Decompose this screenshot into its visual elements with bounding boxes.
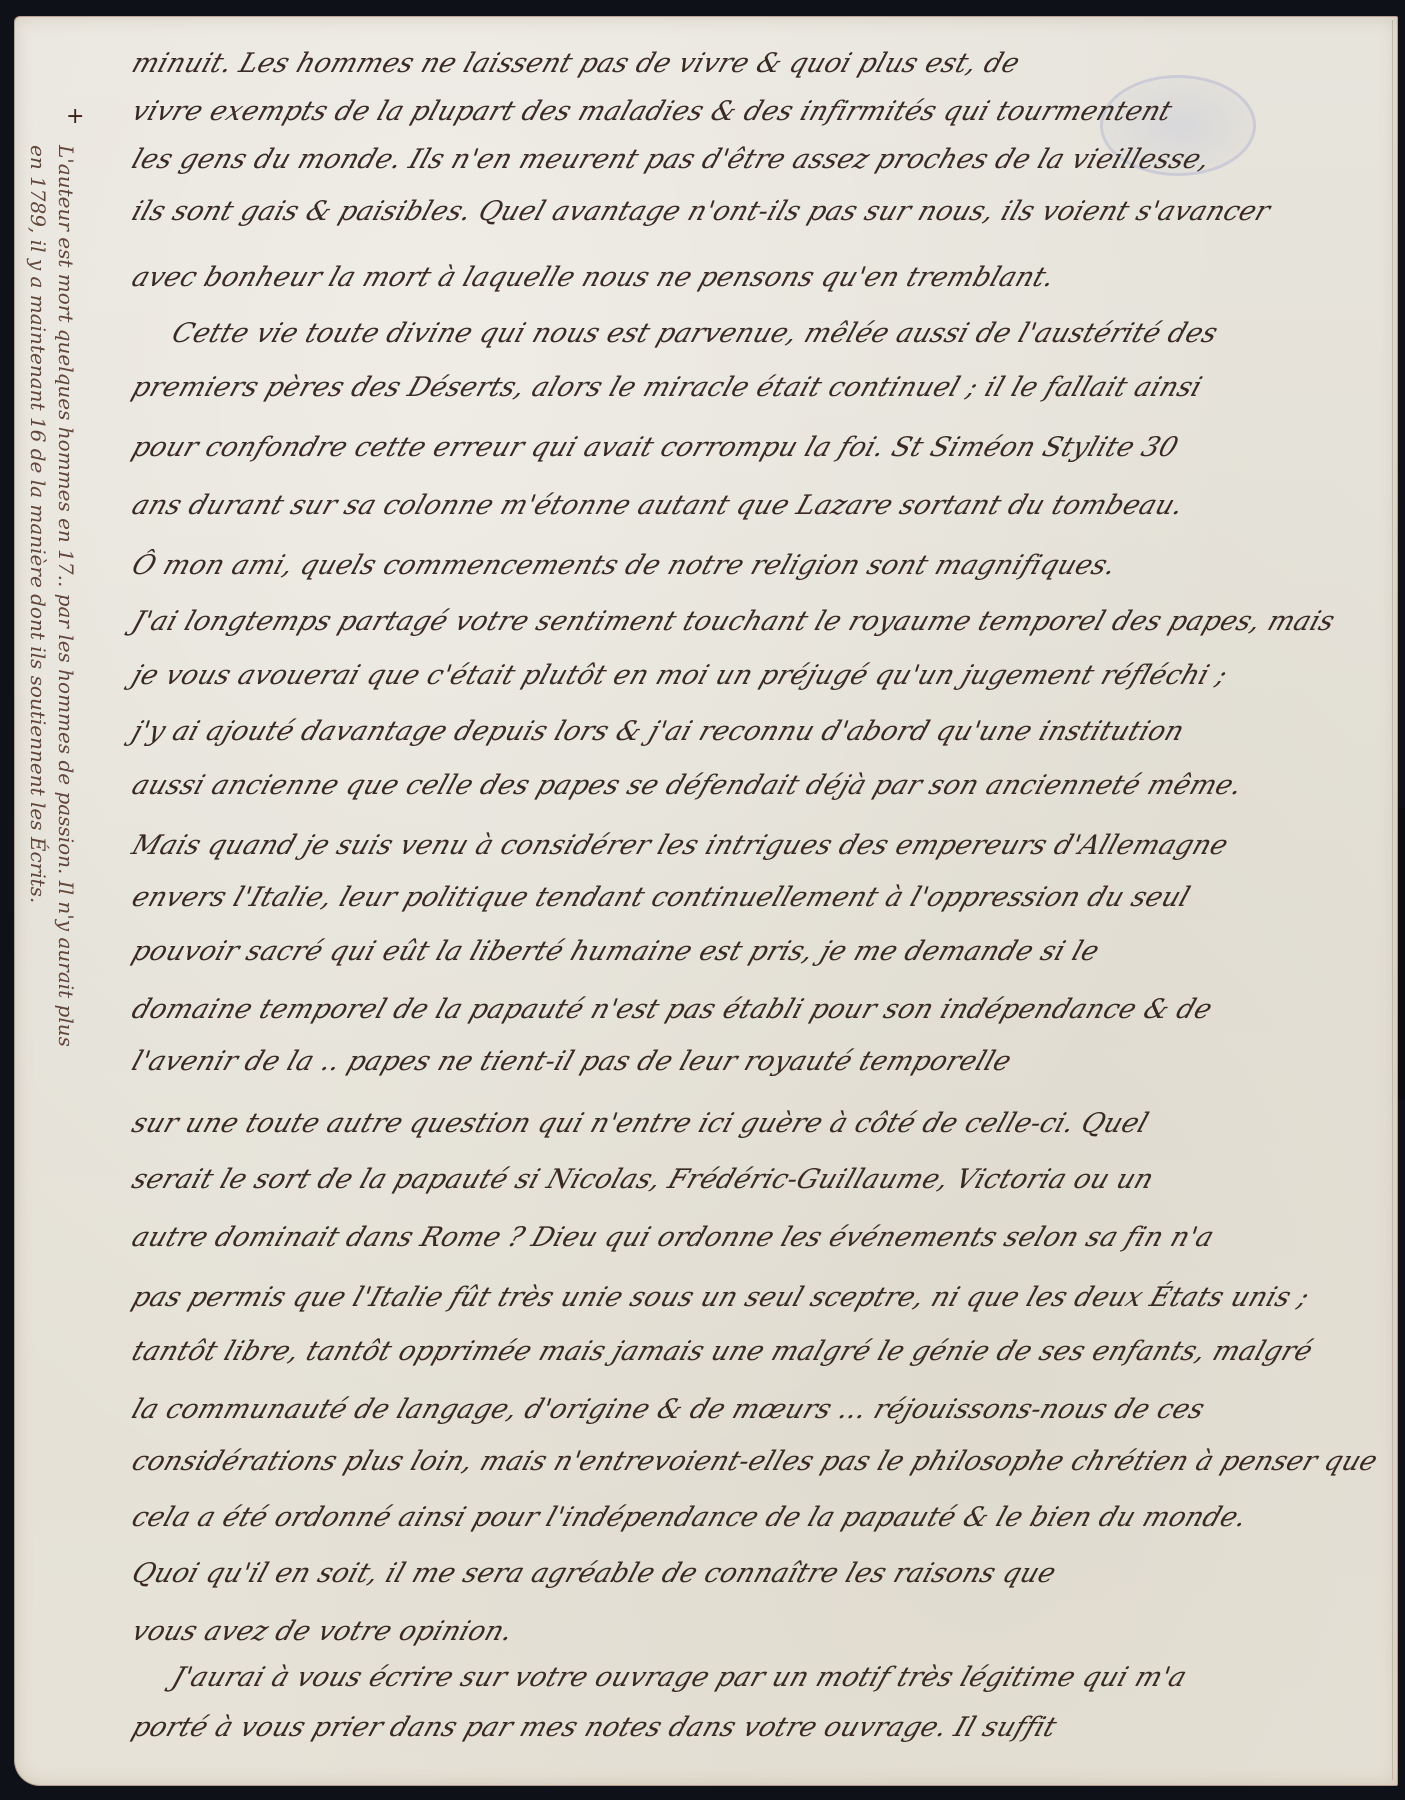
text-line: je vous avouerai que c'était plutôt en m… <box>128 660 1388 691</box>
text-line: porté à vous prier dans par mes notes da… <box>128 1712 1388 1743</box>
text-line: Ô mon ami, quels commencements de notre … <box>128 550 1388 581</box>
text-line: la communauté de langage, d'origine & de… <box>128 1394 1388 1425</box>
text-line: premiers pères des Déserts, alors le mir… <box>128 372 1388 403</box>
text-line: vivre exempts de la plupart des maladies… <box>128 96 1388 127</box>
text-line: considérations plus loin, mais n'entrevo… <box>128 1446 1388 1477</box>
text-line: J'ai longtemps partagé votre sentiment t… <box>128 606 1388 637</box>
text-line: cela a été ordonné ainsi pour l'indépend… <box>128 1502 1388 1533</box>
text-line: autre dominait dans Rome ? Dieu qui ordo… <box>128 1222 1388 1253</box>
letter-body: minuit. Les hommes ne laissent pas de vi… <box>0 0 1405 1800</box>
text-line: aussi ancienne que celle des papes se dé… <box>128 770 1388 801</box>
text-line: ans durant sur sa colonne m'étonne autan… <box>128 490 1388 521</box>
text-line: j'y ai ajouté davantage depuis lors & j'… <box>128 716 1388 747</box>
text-line: domaine temporel de la papauté n'est pas… <box>128 994 1388 1025</box>
text-line: ils sont gais & paisibles. Quel avantage… <box>128 196 1388 227</box>
text-line: envers l'Italie, leur politique tendant … <box>128 882 1388 913</box>
text-line: Cette vie toute divine qui nous est parv… <box>168 318 1405 349</box>
text-line: sur une toute autre question qui n'entre… <box>128 1108 1388 1139</box>
text-line: minuit. Les hommes ne laissent pas de vi… <box>128 48 1388 79</box>
text-line: avec bonheur la mort à laquelle nous ne … <box>128 262 1388 293</box>
text-line: serait le sort de la papauté si Nicolas,… <box>128 1164 1388 1195</box>
text-line: pouvoir sacré qui eût la liberté humaine… <box>128 936 1388 967</box>
text-line: Quoi qu'il en soit, il me sera agréable … <box>128 1558 1388 1589</box>
text-line: vous avez de votre opinion. <box>128 1616 1388 1647</box>
text-line: J'aurai à vous écrire sur votre ouvrage … <box>168 1662 1405 1693</box>
text-line: les gens du monde. Ils n'en meurent pas … <box>128 144 1388 175</box>
text-line: l'avenir de la .. papes ne tient-il pas … <box>128 1046 1388 1077</box>
text-line: Mais quand je suis venu à considérer les… <box>128 830 1388 861</box>
text-line: pas permis que l'Italie fût très unie so… <box>128 1282 1388 1313</box>
scanned-letter-page: + L'auteur est mort quelques hommes en 1… <box>0 0 1405 1800</box>
text-line: pour confondre cette erreur qui avait co… <box>128 432 1388 463</box>
text-line: tantôt libre, tantôt opprimée mais jamai… <box>128 1336 1388 1367</box>
